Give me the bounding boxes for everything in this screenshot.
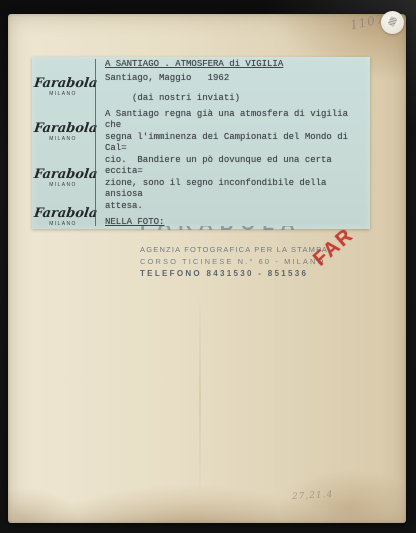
- caption-dateline: Santiago, Maggio 1962: [105, 73, 364, 85]
- caption-body: A Santiago regna già una atmosfera di vi…: [105, 109, 364, 213]
- agency-stamp-bigname: FARABOLA: [140, 226, 302, 236]
- paper-fold-shadow: [199, 294, 201, 498]
- farabola-stamp: Farabola MILANO: [34, 207, 92, 227]
- agency-stamp-bigname-clip: FARABOLA: [140, 226, 340, 236]
- handwritten-bottom-number: 27,21.4: [292, 490, 334, 502]
- farabola-stamp: Farabola MILANO: [34, 168, 92, 188]
- farabola-stamp-city: MILANO: [34, 136, 92, 142]
- label-divider: [95, 59, 96, 226]
- typed-caption-text: A SANTIAGO . ATMOSFERA di VIGILIA Santia…: [105, 59, 364, 229]
- agency-stamp-line3: TELEFONO 8431530 - 851536: [140, 269, 350, 278]
- agency-stamp-column: Farabola MILANO Farabola MILANO Farabola…: [32, 57, 95, 229]
- photo-paper-verso: 1107 Farabola MILANO Farabola MILANO Far…: [8, 14, 406, 523]
- photo-backdrop: 1107 Farabola MILANO Farabola MILANO Far…: [0, 0, 416, 533]
- farabola-stamp: Farabola MILANO: [34, 77, 92, 97]
- farabola-stamp-city: MILANO: [34, 221, 92, 227]
- farabola-stamp-name: Farabola: [33, 168, 93, 181]
- farabola-stamp-name: Farabola: [33, 207, 93, 220]
- farabola-stamp-city: MILANO: [34, 91, 92, 97]
- farabola-stamp: Farabola MILANO: [34, 122, 92, 142]
- caption-byline: (dai nostri inviati): [132, 93, 364, 105]
- corner-sticker: [381, 11, 404, 34]
- caption-label: Farabola MILANO Farabola MILANO Farabola…: [32, 57, 370, 229]
- sticker-smudge: [387, 16, 397, 27]
- caption-title: A SANTIAGO . ATMOSFERA di VIGILIA: [105, 59, 364, 71]
- farabola-stamp-name: Farabola: [33, 77, 93, 90]
- farabola-stamp-city: MILANO: [34, 182, 92, 188]
- farabola-stamp-name: Farabola: [33, 122, 93, 135]
